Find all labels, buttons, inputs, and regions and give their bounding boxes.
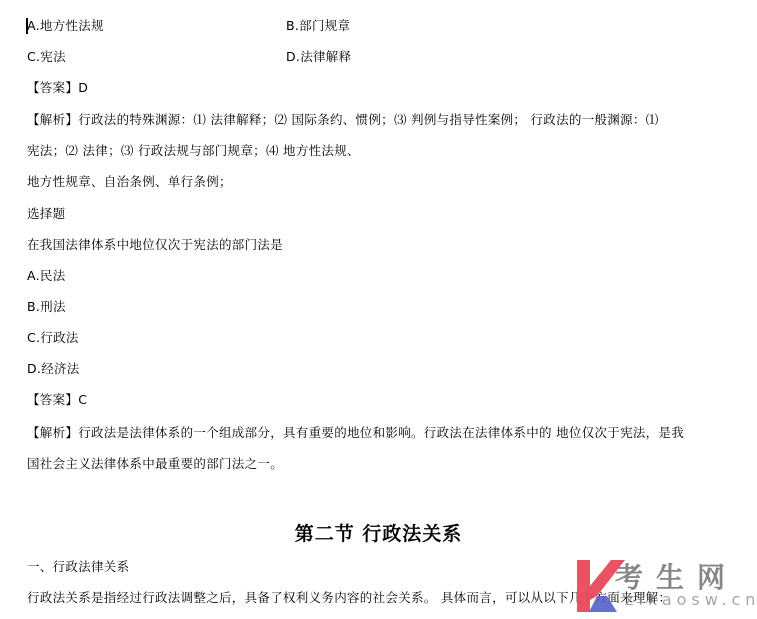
q1-analysis-line2: 宪法；⑵ 法律；⑶ 行政法规与部门规章；⑷ 地方性法规、 xyxy=(27,143,360,159)
q2-option-c: C.行政法 xyxy=(27,330,79,346)
q2-question: 在我国法律体系中地位仅次于宪法的部门法是 xyxy=(27,237,283,253)
q2-option-a: A.民法 xyxy=(27,268,66,284)
q2-analysis-line1: 【解析】行政法是法律体系的一个组成部分，具有重要的地位和影响。行政法在法律体系中… xyxy=(27,425,684,441)
section-body: 行政法关系是指经过行政法调整之后，具备了权利义务内容的社会关系。 具体而言，可以… xyxy=(27,590,671,606)
q1-analysis-line3: 地方性规章、自治条例、单行条例； xyxy=(27,174,232,190)
q1-answer: 【答案】D xyxy=(27,80,88,96)
q2-option-b: B.刑法 xyxy=(27,299,66,315)
q2-analysis-line2: 国社会主义法律体系中最重要的部门法之一。 xyxy=(27,456,283,472)
q2-answer: 【答案】C xyxy=(27,392,87,408)
q1-option-b: B.部门规章 xyxy=(286,18,350,34)
watermark-logo: 考生网 zikaosw.cn xyxy=(575,556,757,619)
q1-analysis-line1: 【解析】行政法的特殊渊源：⑴ 法律解释；⑵ 国际条约、惯例；⑶ 判例与指导性案例… xyxy=(27,112,659,128)
q2-option-d: D.经济法 xyxy=(27,361,80,377)
q2-type: 选择题 xyxy=(27,206,65,222)
section-subheading: 一、行政法律关系 xyxy=(27,559,129,575)
q1-option-c: C.宪法 xyxy=(27,49,66,65)
section-heading: 第二节 行政法关系 xyxy=(0,519,757,546)
q1-option-a: A.地方性法规 xyxy=(27,18,104,34)
q1-option-d: D.法律解释 xyxy=(286,49,351,65)
